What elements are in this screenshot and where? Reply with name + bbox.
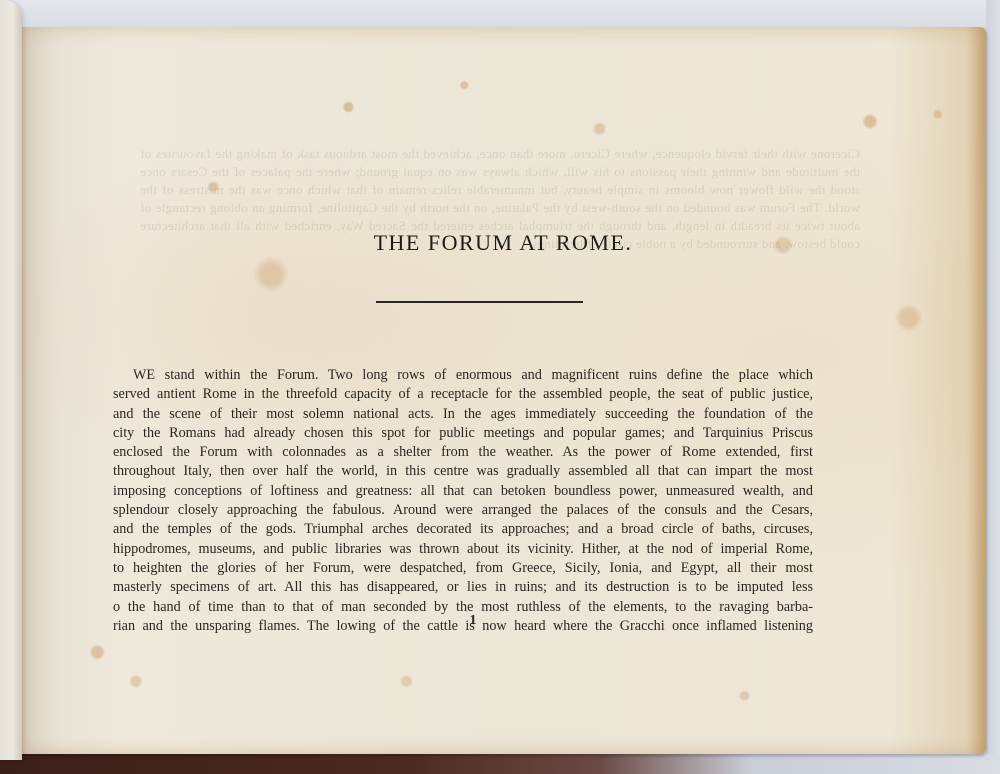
text-line: hippodromes, museums, and public librari… (113, 540, 813, 559)
text-line: city the Romans had already chosen this … (113, 424, 813, 443)
text-line: and the scene of their most solemn natio… (113, 405, 813, 424)
body-paragraph: WE stand within the Forum. Two long rows… (113, 366, 813, 636)
book-cover-edge (0, 754, 1000, 774)
page-number: 1 (20, 613, 926, 629)
background-surface-right (986, 0, 1000, 774)
text-line: WE stand within the Forum. Two long rows… (113, 366, 813, 385)
title-rule (376, 301, 583, 303)
opening-capital: W (133, 367, 146, 383)
text-line: enclosed the Forum with colonnades as a … (113, 443, 813, 462)
text-line: throughout Italy, then over half the wor… (113, 462, 813, 481)
text-line: imposing conceptions of loftiness and gr… (113, 482, 813, 501)
text-line: masterly specimens of art. All this has … (113, 578, 813, 597)
text-line: to heighten the glories of her Forum, we… (113, 559, 813, 578)
text-line: served antient Rome in the threefold cap… (113, 385, 813, 404)
text-line: splendour closely approaching the fabulo… (113, 501, 813, 520)
opening-small-caps: E (146, 367, 155, 383)
book-page: Cicerone with their fervid eloquence, wh… (20, 27, 986, 754)
text-line: and the temples of the gods. Triumphal a… (113, 520, 813, 539)
page-title: THE FORUM AT ROME. (20, 230, 986, 256)
background-surface (0, 0, 1000, 30)
previous-page-edge (0, 0, 22, 760)
